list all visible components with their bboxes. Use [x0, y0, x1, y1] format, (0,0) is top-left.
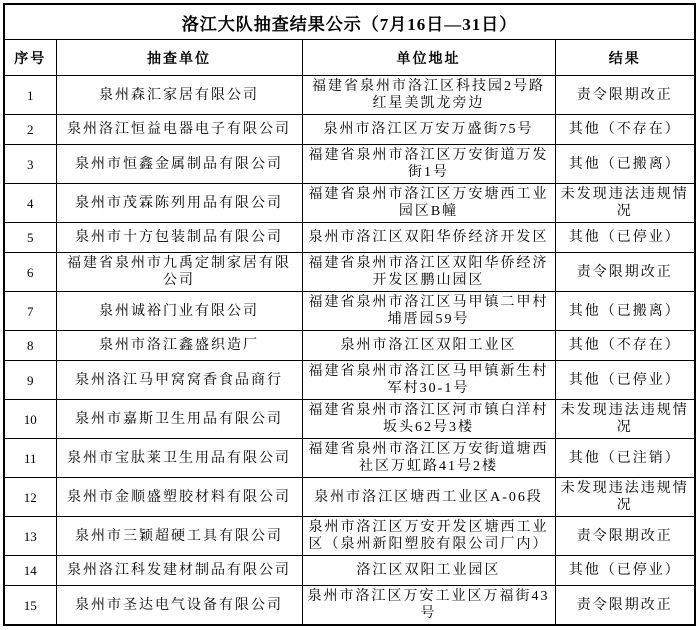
cell-unit: 泉州市十方包装制品有限公司 — [56, 223, 302, 253]
cell-address: 泉州市洛江区塘西工业区A-06段 — [302, 478, 555, 517]
cell-unit: 福建省泉州市九禹定制家居有限公司 — [56, 253, 302, 292]
cell-seq: 10 — [4, 400, 56, 439]
cell-unit: 泉州市茂霖陈列用品有限公司 — [56, 184, 302, 223]
cell-unit: 泉州市三颖超硬工具有限公司 — [56, 517, 302, 556]
cell-address: 泉州市洛江区双阳华侨经济开发区 — [302, 223, 555, 253]
table-row: 12 泉州市金顺盛塑胶材料有限公司 泉州市洛江区塘西工业区A-06段 未发现违法… — [4, 478, 695, 517]
cell-seq: 2 — [4, 115, 56, 145]
table-body: 1 泉州森汇家居有限公司 福建省泉州市洛江区科技园2号路红星美凯龙旁边 责令限期… — [4, 76, 695, 626]
cell-seq: 7 — [4, 292, 56, 331]
cell-result: 其他（已停业） — [555, 361, 695, 400]
cell-seq: 1 — [4, 76, 56, 115]
table-row: 7 泉州诚裕门业有限公司 福建省泉州市洛江区马甲镇二甲村埔厝园59号 其他（已搬… — [4, 292, 695, 331]
cell-seq: 14 — [4, 556, 56, 586]
cell-seq: 13 — [4, 517, 56, 556]
cell-unit: 泉州洛江马甲窝窝香食品商行 — [56, 361, 302, 400]
cell-result: 责令限期改正 — [555, 586, 695, 626]
cell-result: 未发现违法违规情况 — [555, 478, 695, 517]
cell-unit: 泉州洛江科发建材制品有限公司 — [56, 556, 302, 586]
cell-result: 责令限期改正 — [555, 76, 695, 115]
cell-address: 福建省泉州市洛江区科技园2号路红星美凯龙旁边 — [302, 76, 555, 115]
cell-result: 其他（已搬离） — [555, 145, 695, 184]
cell-result: 其他（已搬离） — [555, 292, 695, 331]
table-row: 3 泉州市恒鑫金属制品有限公司 福建省泉州市洛江区万安街道万发街1号 其他（已搬… — [4, 145, 695, 184]
cell-address: 泉州市洛江区万安万盛街75号 — [302, 115, 555, 145]
cell-unit: 泉州森汇家居有限公司 — [56, 76, 302, 115]
cell-seq: 9 — [4, 361, 56, 400]
cell-result: 其他（已注销） — [555, 439, 695, 478]
cell-result: 责令限期改正 — [555, 517, 695, 556]
cell-address: 泉州市洛江区万安工业区万福街43号 — [302, 586, 555, 626]
cell-address: 福建省泉州市洛江区万安街道塘西社区万虹路41号2楼 — [302, 439, 555, 478]
table-row: 14 泉州洛江科发建材制品有限公司 洛江区双阳工业园区 其他（已停业） — [4, 556, 695, 586]
cell-seq: 15 — [4, 586, 56, 626]
notice-page: 洛江大队抽查结果公示（7月16日—31日） 序号 抽查单位 单位地址 结果 1 … — [0, 0, 697, 630]
cell-unit: 泉州市恒鑫金属制品有限公司 — [56, 145, 302, 184]
cell-seq: 5 — [4, 223, 56, 253]
column-header-row: 序号 抽查单位 单位地址 结果 — [4, 40, 695, 76]
table-row: 10 泉州市嘉斯卫生用品有限公司 福建省泉州市洛江区河市镇白洋村坂头62号3楼 … — [4, 400, 695, 439]
cell-unit: 泉州市圣达电气设备有限公司 — [56, 586, 302, 626]
cell-address: 福建省泉州市洛江区河市镇白洋村坂头62号3楼 — [302, 400, 555, 439]
table-row: 1 泉州森汇家居有限公司 福建省泉州市洛江区科技园2号路红星美凯龙旁边 责令限期… — [4, 76, 695, 115]
cell-unit: 泉州市嘉斯卫生用品有限公司 — [56, 400, 302, 439]
cell-address: 洛江区双阳工业园区 — [302, 556, 555, 586]
cell-unit: 泉州市金顺盛塑胶材料有限公司 — [56, 478, 302, 517]
col-header-seq: 序号 — [4, 40, 56, 76]
cell-address: 泉州市洛江区双阳工业区 — [302, 331, 555, 361]
table-row: 8 泉州市洛江鑫盛织造厂 泉州市洛江区双阳工业区 其他（不存在） — [4, 331, 695, 361]
col-header-result: 结果 — [555, 40, 695, 76]
cell-seq: 12 — [4, 478, 56, 517]
inspection-results-table: 洛江大队抽查结果公示（7月16日—31日） 序号 抽查单位 单位地址 结果 1 … — [3, 3, 696, 626]
cell-address: 泉州市洛江区万安开发区塘西工业区（泉州新阳塑胶有限公司厂内） — [302, 517, 555, 556]
cell-result: 其他（已停业） — [555, 556, 695, 586]
cell-address: 福建省泉州市洛江区马甲镇二甲村埔厝园59号 — [302, 292, 555, 331]
title-row: 洛江大队抽查结果公示（7月16日—31日） — [4, 4, 695, 40]
cell-seq: 3 — [4, 145, 56, 184]
table-row: 11 泉州市宝肽莱卫生用品有限公司 福建省泉州市洛江区万安街道塘西社区万虹路41… — [4, 439, 695, 478]
cell-address: 福建省泉州市洛江区万安街道万发街1号 — [302, 145, 555, 184]
cell-unit: 泉州诚裕门业有限公司 — [56, 292, 302, 331]
table-row: 4 泉州市茂霖陈列用品有限公司 福建省泉州市洛江区万安塘西工业园区B幢 未发现违… — [4, 184, 695, 223]
cell-result: 其他（不存在） — [555, 115, 695, 145]
table-row: 9 泉州洛江马甲窝窝香食品商行 福建省泉州市洛江区马甲镇新生村军村30-1号 其… — [4, 361, 695, 400]
cell-result: 其他（已停业） — [555, 223, 695, 253]
cell-result: 其他（不存在） — [555, 331, 695, 361]
col-header-address: 单位地址 — [302, 40, 555, 76]
cell-result: 责令限期改正 — [555, 253, 695, 292]
page-title: 洛江大队抽查结果公示（7月16日—31日） — [4, 4, 695, 40]
cell-address: 福建省泉州市洛江区双阳华侨经济开发区鹏山园区 — [302, 253, 555, 292]
cell-seq: 11 — [4, 439, 56, 478]
table-row: 13 泉州市三颖超硬工具有限公司 泉州市洛江区万安开发区塘西工业区（泉州新阳塑胶… — [4, 517, 695, 556]
cell-unit: 泉州市洛江鑫盛织造厂 — [56, 331, 302, 361]
cell-result: 未发现违法违规情况 — [555, 184, 695, 223]
table-row: 5 泉州市十方包装制品有限公司 泉州市洛江区双阳华侨经济开发区 其他（已停业） — [4, 223, 695, 253]
cell-seq: 4 — [4, 184, 56, 223]
table-row: 6 福建省泉州市九禹定制家居有限公司 福建省泉州市洛江区双阳华侨经济开发区鹏山园… — [4, 253, 695, 292]
table-row: 15 泉州市圣达电气设备有限公司 泉州市洛江区万安工业区万福街43号 责令限期改… — [4, 586, 695, 626]
cell-address: 福建省泉州市洛江区马甲镇新生村军村30-1号 — [302, 361, 555, 400]
cell-unit: 泉州洛江恒益电器电子有限公司 — [56, 115, 302, 145]
table-row: 2 泉州洛江恒益电器电子有限公司 泉州市洛江区万安万盛街75号 其他（不存在） — [4, 115, 695, 145]
cell-unit: 泉州市宝肽莱卫生用品有限公司 — [56, 439, 302, 478]
col-header-unit: 抽查单位 — [56, 40, 302, 76]
cell-result: 未发现违法违规情况 — [555, 400, 695, 439]
cell-seq: 6 — [4, 253, 56, 292]
cell-address: 福建省泉州市洛江区万安塘西工业园区B幢 — [302, 184, 555, 223]
cell-seq: 8 — [4, 331, 56, 361]
